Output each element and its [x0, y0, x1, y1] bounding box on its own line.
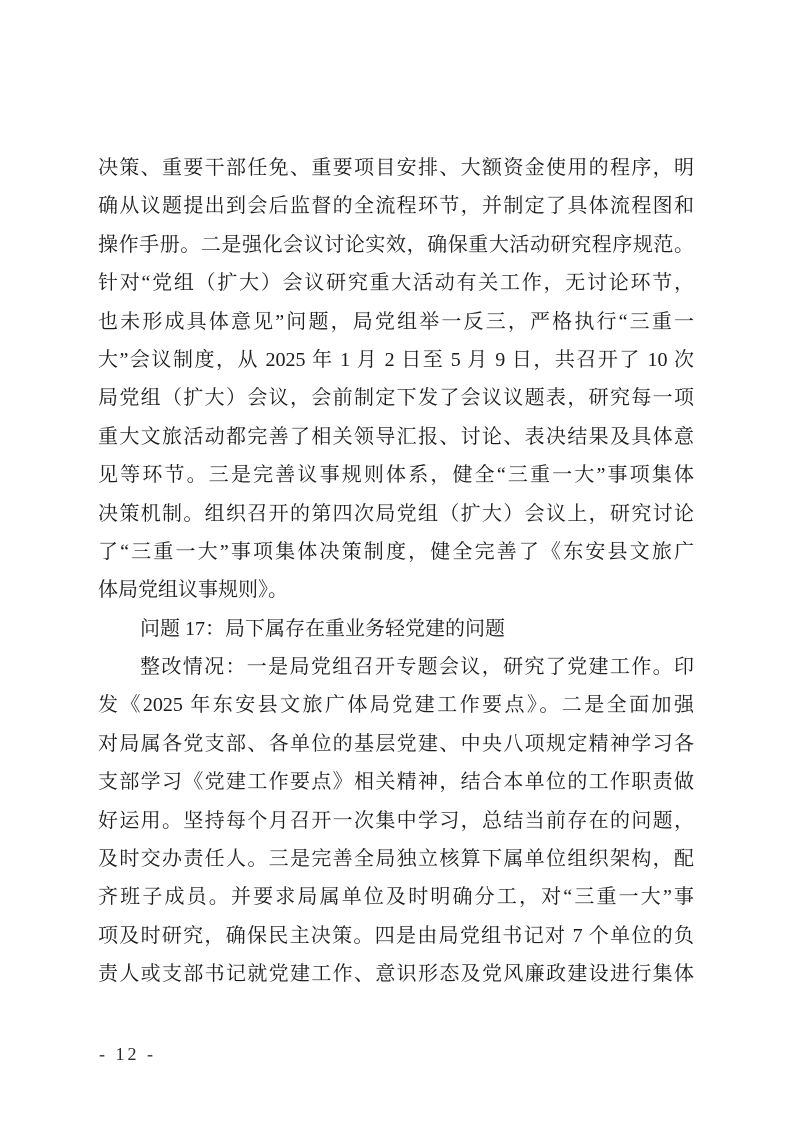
page-number: - 12 - [99, 1042, 156, 1066]
document-page: 决策、重要干部任免、重要项目安排、大额资金使用的程序，明 确从议题提出到会后监督… [0, 0, 793, 1122]
body-line: 项及时研究，确保民主决策。四是由局党组书记对 7 个单位的负 [98, 917, 694, 955]
body-line: 也未形成具体意见”问题，局党组举一反三，严格执行“三重一 [98, 303, 694, 341]
body-line: 整改情况：一是局党组召开专题会议，研究了党建工作。印 [98, 648, 694, 686]
body-line: 好运用。坚持每个月召开一次集中学习，总结当前存在的问题， [98, 802, 694, 840]
body-line: 针对“党组（扩大）会议研究重大活动有关工作，无讨论环节， [98, 264, 694, 302]
body-line: 支部学习《党建工作要点》相关精神，结合本单位的工作职责做 [98, 763, 694, 801]
body-line: 操作手册。二是强化会议讨论实效，确保重大活动研究程序规范。 [98, 226, 694, 264]
body-line: 重大文旅活动都完善了相关领导汇报、讨论、表决结果及具体意 [98, 418, 694, 456]
body-line: 对局属各党支部、各单位的基层党建、中央八项规定精神学习各 [98, 725, 694, 763]
body-line: 确从议题提出到会后监督的全流程环节，并制定了具体流程图和 [98, 187, 694, 225]
body-line: 齐班子成员。并要求局属单位及时明确分工，对“三重一大”事 [98, 878, 694, 916]
body-line: 局党组（扩大）会议，会前制定下发了会议议题表，研究每一项 [98, 379, 694, 417]
body-line: 见等环节。三是完善议事规则体系，健全“三重一大”事项集体 [98, 456, 694, 494]
body-line: 了“三重一大”事项集体决策制度，健全完善了《东安县文旅广 [98, 533, 694, 571]
problem-heading-line: 问题 17：局下属存在重业务轻党建的问题 [98, 610, 694, 648]
body-line: 决策、重要干部任免、重要项目安排、大额资金使用的程序，明 [98, 149, 694, 187]
body-line: 决策机制。组织召开的第四次局党组（扩大）会议上，研究讨论 [98, 495, 694, 533]
body-line: 发《2025 年东安县文旅广体局党建工作要点》。二是全面加强 [98, 686, 694, 724]
body-line: 责人或支部书记就党建工作、意识形态及党风廉政建设进行集体 [98, 955, 694, 993]
body-line: 大”会议制度，从 2025 年 1 月 2 日至 5 月 9 日，共召开了 10… [98, 341, 694, 379]
document-body-text: 决策、重要干部任免、重要项目安排、大额资金使用的程序，明 确从议题提出到会后监督… [98, 149, 694, 994]
body-line: 及时交办责任人。三是完善全局独立核算下属单位组织架构，配 [98, 840, 694, 878]
body-line: 体局党组议事规则》。 [98, 571, 694, 609]
